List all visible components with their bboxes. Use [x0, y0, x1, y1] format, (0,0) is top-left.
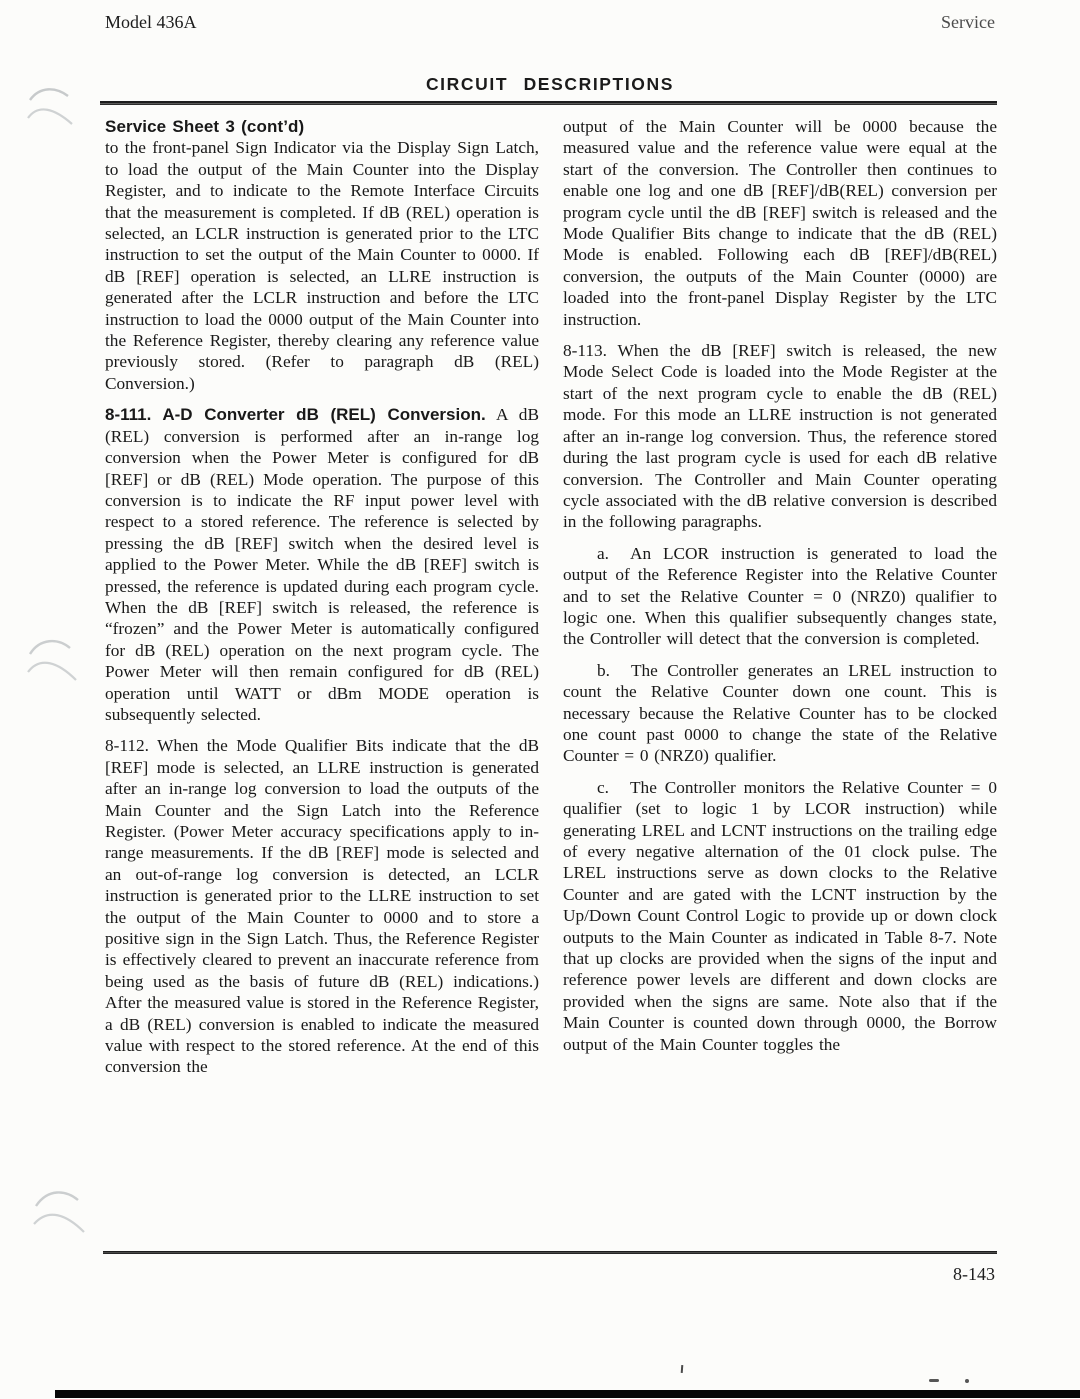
scan-speck-dot [965, 1379, 969, 1383]
paragraph-intro: to the front-panel Sign Indicator via th… [105, 137, 539, 394]
subparagraph-b-label: b. [597, 661, 610, 680]
right-column: output of the Main Counter will be 0000 … [563, 116, 997, 1078]
page-number: 8-143 [105, 1264, 995, 1285]
scanned-manual-page: Model 436A Service CIRCUIT DESCRIPTIONS … [0, 0, 1080, 1399]
header-section-name: Service [941, 12, 995, 33]
service-sheet-heading: Service Sheet 3 (cont’d) [105, 116, 539, 137]
scan-artifact-top-left [26, 84, 84, 126]
title-rule [100, 101, 997, 105]
subparagraph-a: a.An LCOR instruction is generated to lo… [563, 543, 997, 650]
scan-speck-dash [929, 1379, 939, 1382]
scan-artifact-middle-left [24, 634, 84, 682]
scanner-edge-bar [55, 1390, 1080, 1398]
paragraph-8-113: 8-113. When the dB [REF] switch is relea… [563, 340, 997, 533]
paragraph-8-111-heading: 8-111. A-D Converter dB (REL) Conversion… [105, 405, 486, 424]
subparagraph-b: b.The Controller generates an LREL instr… [563, 660, 997, 767]
subparagraph-b-text: The Controller generates an LREL instruc… [563, 661, 997, 766]
paragraph-continuation: output of the Main Counter will be 0000 … [563, 116, 997, 330]
scan-artifact-bottom-left [30, 1184, 92, 1234]
running-header: Model 436A Service [105, 12, 995, 33]
paragraph-8-112: 8-112. When the Mode Qualifier Bits indi… [105, 735, 539, 1078]
subparagraph-c: c.The Controller monitors the Relative C… [563, 777, 997, 1055]
left-column: Service Sheet 3 (cont’d) to the front-pa… [105, 116, 539, 1078]
subparagraph-a-label: a. [597, 544, 609, 563]
subparagraph-a-text: An LCOR instruction is generated to load… [563, 544, 997, 649]
body-columns: Service Sheet 3 (cont’d) to the front-pa… [105, 116, 997, 1078]
subparagraph-c-text: The Controller monitors the Relative Cou… [563, 778, 997, 1054]
paragraph-8-111-text: A dB (REL) conversion is performed after… [105, 405, 539, 724]
scan-speck-tick [681, 1365, 684, 1373]
header-model-number: Model 436A [105, 12, 197, 33]
footer-rule [103, 1251, 997, 1254]
page-title: CIRCUIT DESCRIPTIONS [105, 74, 995, 95]
subparagraph-c-label: c. [597, 778, 609, 797]
paragraph-8-111: 8-111. A-D Converter dB (REL) Conversion… [105, 404, 539, 725]
